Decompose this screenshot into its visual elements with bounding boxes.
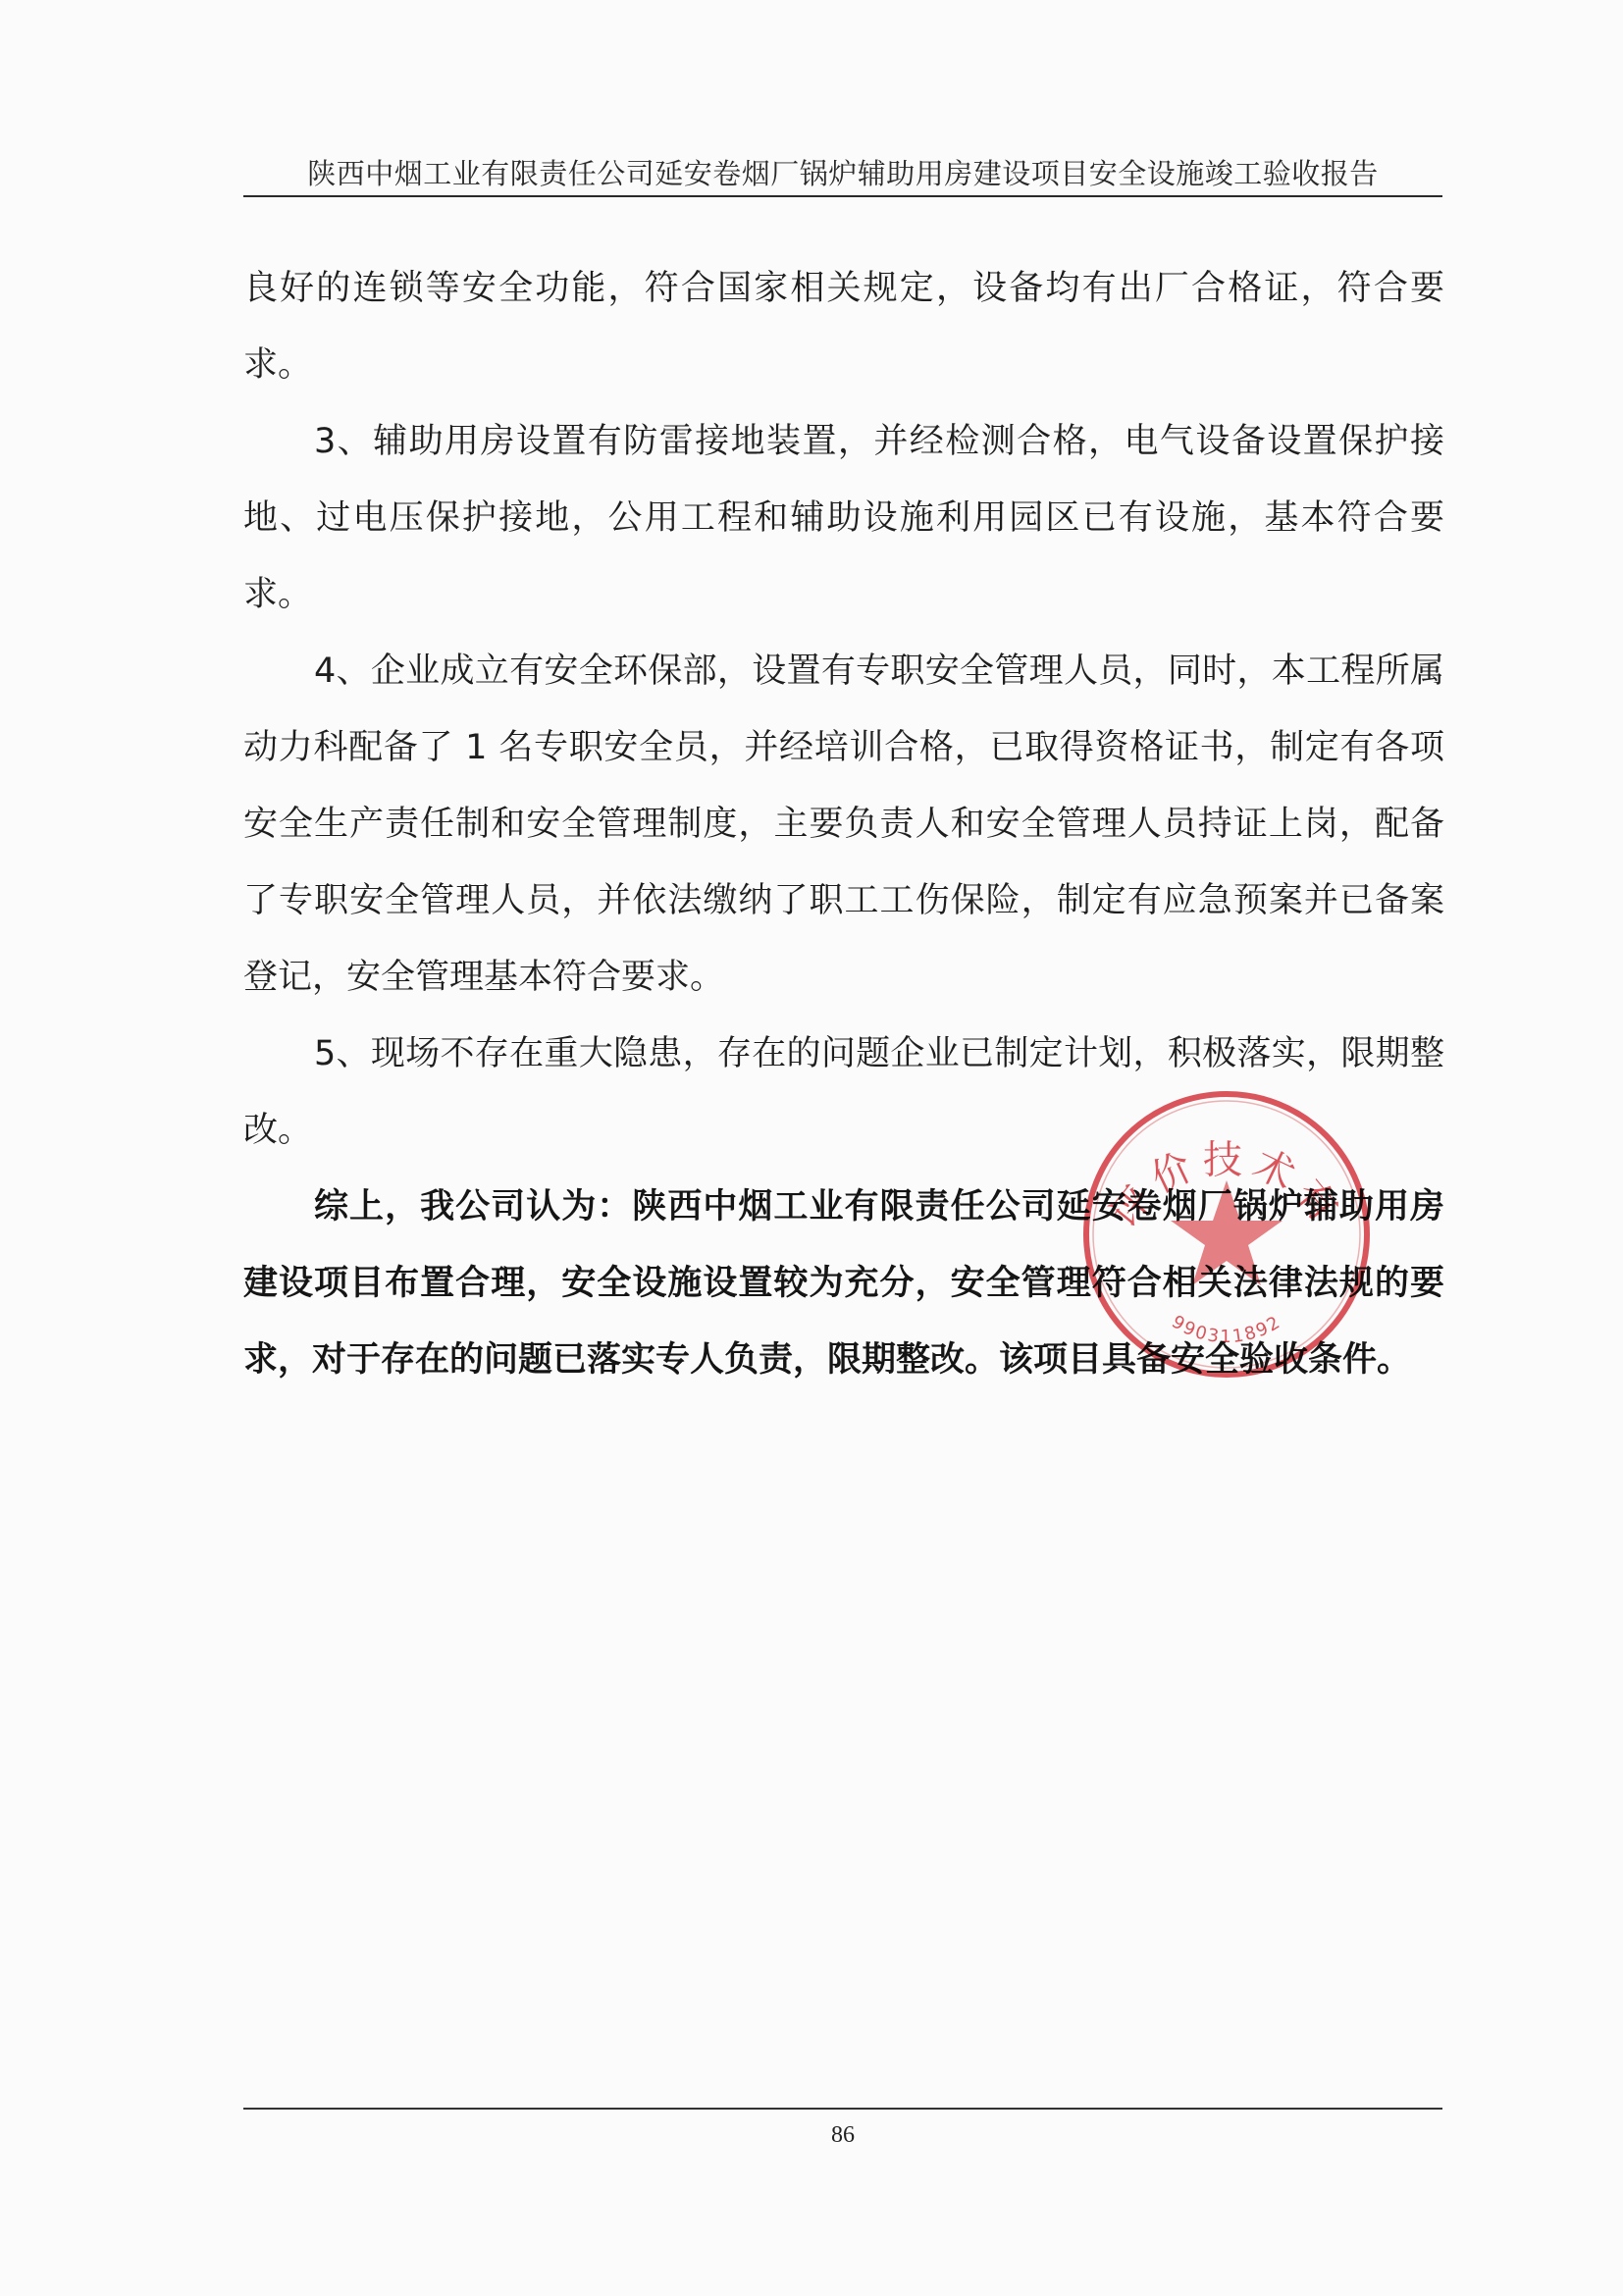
page-number: 86 (243, 2122, 1442, 2149)
document-body: 良好的连锁等安全功能，符合国家相关规定，设备均有出厂合格证，符合要求。 3、辅助… (243, 250, 1444, 1398)
header-rule (243, 195, 1442, 197)
paragraph-item-5: 5、现场不存在重大隐患，存在的问题企业已制定计划，积极落实，限期整改。 (243, 1016, 1444, 1169)
footer-rule (243, 2108, 1442, 2110)
paragraph-item-4: 4、企业成立有安全环保部，设置有专职安全管理人员，同时，本工程所属动力科配备了 … (243, 633, 1444, 1016)
document-header-title: 陕西中烟工业有限责任公司延安卷烟厂锅炉辅助用房建设项目安全设施竣工验收报告 (243, 152, 1442, 192)
paragraph-item-3: 3、辅助用房设置有防雷接地装置，并经检测合格，电气设备设置保护接地、过电压保护接… (243, 403, 1444, 633)
paragraph-continuation: 良好的连锁等安全功能，符合国家相关规定，设备均有出厂合格证，符合要求。 (243, 250, 1444, 403)
paragraph-conclusion: 综上，我公司认为：陕西中烟工业有限责任公司延安卷烟厂锅炉辅助用房建设项目布置合理… (243, 1169, 1444, 1398)
